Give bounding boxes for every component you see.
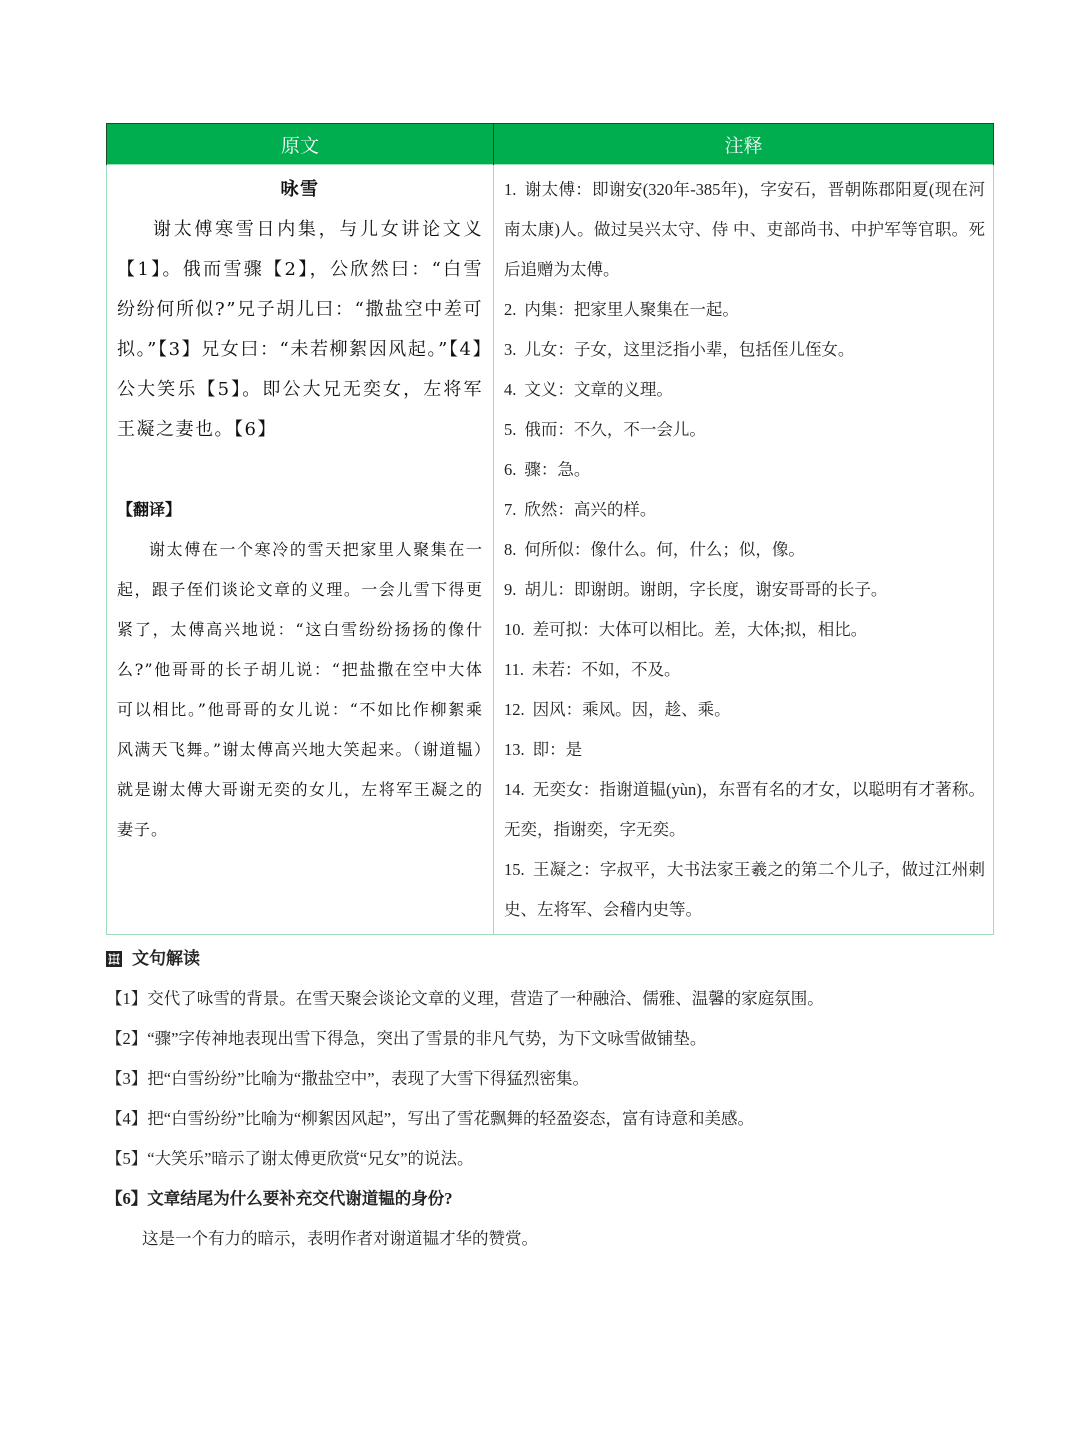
text-notes-table: 原文 注释 咏雪 谢太傅寒雪日内集，与儿女讲论文义【1】。俄而雪骤【2】，公欣然… [106, 123, 994, 935]
note-item: 3.儿女：子女，这里泛指小辈，包括侄儿侄女。 [504, 330, 985, 370]
note-number: 13. [504, 740, 525, 759]
note-item: 9.胡儿：即谢朗。谢朗，字长度，谢安哥哥的长子。 [504, 570, 985, 610]
translation-heading: 【翻译】 [117, 490, 483, 530]
note-text: 即：是 [533, 740, 583, 759]
note-text: 王凝之：字叔平，大书法家王羲之的第二个儿子，做过江州刺史、左将军、会稽内史等。 [504, 860, 985, 919]
note-text: 胡儿：即谢朗。谢朗，字长度，谢安哥哥的长子。 [524, 580, 887, 599]
analysis-heading: 文句解读 [106, 939, 993, 979]
analysis-items: 【1】交代了咏雪的背景。在雪天聚会谈论文章的义理，营造了一种融洽、儒雅、温馨的家… [106, 979, 993, 1179]
note-text: 俄而：不久，不一会儿。 [524, 420, 706, 439]
analysis-answer: 这是一个有力的暗示，表明作者对谢道韫才华的赞赏。 [106, 1219, 993, 1259]
note-text: 骤：急。 [524, 460, 590, 479]
analysis-text: 把“白雪纷纷”比喻为“柳絮因风起”，写出了雪花飘舞的轻盈姿态，富有诗意和美感。 [147, 1109, 754, 1128]
note-text: 欣然：高兴的样。 [524, 500, 656, 519]
translation-text: 谢太傅在一个寒冷的雪天把家里人聚集在一起，跟子侄们谈论文章的义理。一会儿雪下得更… [117, 530, 483, 850]
note-text: 差可拟：大体可以相比。差，大体;拟，相比。 [533, 620, 868, 639]
document-page: 原文 注释 咏雪 谢太傅寒雪日内集，与儿女讲论文义【1】。俄而雪骤【2】，公欣然… [106, 123, 993, 1259]
note-number: 9. [504, 580, 516, 599]
analysis-tag: 【3】 [106, 1069, 147, 1088]
header-notes: 注释 [494, 124, 994, 165]
note-number: 11. [504, 660, 524, 679]
note-text: 无奕女：指谢道韫(yùn)，东晋有名的才女，以聪明有才著称。无奕，指谢奕，字无奕… [504, 780, 985, 839]
analysis-item: 【1】交代了咏雪的背景。在雪天聚会谈论文章的义理，营造了一种融洽、儒雅、温馨的家… [106, 979, 993, 1019]
note-text: 何所似：像什么。何，什么；似，像。 [524, 540, 805, 559]
note-number: 1. [504, 180, 516, 199]
poem-title: 咏雪 [117, 170, 483, 210]
analysis-question: 【6】文章结尾为什么要补充交代谢道韫的身份? [106, 1179, 993, 1219]
note-number: 12. [504, 700, 525, 719]
analysis-item: 【2】“骤”字传神地表现出雪下得急，突出了雪景的非凡气势，为下文咏雪做铺垫。 [106, 1019, 993, 1059]
analysis-item: 【5】“大笑乐”暗示了谢太傅更欣赏“兄女”的说法。 [106, 1139, 993, 1179]
note-item: 11.未若：不如，不及。 [504, 650, 985, 690]
analysis-text: 交代了咏雪的背景。在雪天聚会谈论文章的义理，营造了一种融洽、儒雅、温馨的家庭氛围… [147, 989, 824, 1008]
note-item: 6.骤：急。 [504, 450, 985, 490]
note-text: 未若：不如，不及。 [532, 660, 681, 679]
note-number: 2. [504, 300, 516, 319]
note-item: 7.欣然：高兴的样。 [504, 490, 985, 530]
note-text: 谢太傅：即谢安(320年-385年)，字安石，晋朝陈郡阳夏(现在河南太康)人。做… [504, 180, 985, 279]
note-item: 10.差可拟：大体可以相比。差，大体;拟，相比。 [504, 610, 985, 650]
analysis-tag: 【1】 [106, 989, 147, 1008]
note-number: 10. [504, 620, 525, 639]
header-original: 原文 [107, 124, 494, 165]
original-cell: 咏雪 谢太傅寒雪日内集，与儿女讲论文义【1】。俄而雪骤【2】，公欣然曰：“白雪纷… [107, 165, 494, 935]
note-text: 文义：文章的义理。 [524, 380, 673, 399]
note-item: 8.何所似：像什么。何，什么；似，像。 [504, 530, 985, 570]
note-number: 15. [504, 860, 525, 879]
note-text: 儿女：子女，这里泛指小辈，包括侄儿侄女。 [524, 340, 854, 359]
analysis-item: 【3】把“白雪纷纷”比喻为“撒盐空中”，表现了大雪下得猛烈密集。 [106, 1059, 993, 1099]
analysis-tag: 【2】 [106, 1029, 147, 1048]
analysis-text: 把“白雪纷纷”比喻为“撒盐空中”，表现了大雪下得猛烈密集。 [147, 1069, 589, 1088]
note-number: 5. [504, 420, 516, 439]
note-item: 4.文义：文章的义理。 [504, 370, 985, 410]
note-number: 6. [504, 460, 516, 479]
original-text: 谢太傅寒雪日内集，与儿女讲论文义【1】。俄而雪骤【2】，公欣然曰：“白雪纷纷何所… [117, 210, 483, 450]
question-text: 文章结尾为什么要补充交代谢道韫的身份? [147, 1189, 452, 1208]
note-text: 因风：乘风。因，趁、乘。 [533, 700, 731, 719]
note-item: 13.即：是 [504, 730, 985, 770]
note-number: 7. [504, 500, 516, 519]
note-item: 12.因风：乘风。因，趁、乘。 [504, 690, 985, 730]
note-number: 14. [504, 780, 525, 799]
note-item: 2.内集：把家里人聚集在一起。 [504, 290, 985, 330]
note-item: 1.谢太傅：即谢安(320年-385年)，字安石，晋朝陈郡阳夏(现在河南太康)人… [504, 170, 985, 290]
analysis-text: “大笑乐”暗示了谢太傅更欣赏“兄女”的说法。 [147, 1149, 473, 1168]
note-number: 8. [504, 540, 516, 559]
question-tag: 【6】 [106, 1189, 147, 1208]
analysis-tag: 【4】 [106, 1109, 147, 1128]
notes-cell: 1.谢太傅：即谢安(320年-385年)，字安石，晋朝陈郡阳夏(现在河南太康)人… [494, 165, 994, 935]
analysis-tag: 【5】 [106, 1149, 147, 1168]
note-number: 3. [504, 340, 516, 359]
note-item: 15.王凝之：字叔平，大书法家王羲之的第二个儿子，做过江州刺史、左将军、会稽内史… [504, 850, 985, 930]
analysis-text: “骤”字传神地表现出雪下得急，突出了雪景的非凡气势，为下文咏雪做铺垫。 [147, 1029, 706, 1048]
note-item: 14.无奕女：指谢道韫(yùn)，东晋有名的才女，以聪明有才著称。无奕，指谢奕，… [504, 770, 985, 850]
note-number: 4. [504, 380, 516, 399]
notes-list: 1.谢太傅：即谢安(320年-385年)，字安石，晋朝陈郡阳夏(现在河南太康)人… [494, 165, 993, 934]
note-text: 内集：把家里人聚集在一起。 [524, 300, 739, 319]
analysis-item: 【4】把“白雪纷纷”比喻为“柳絮因风起”，写出了雪花飘舞的轻盈姿态，富有诗意和美… [106, 1099, 993, 1139]
note-item: 5.俄而：不久，不一会儿。 [504, 410, 985, 450]
analysis-section: 文句解读 【1】交代了咏雪的背景。在雪天聚会谈论文章的义理，营造了一种融洽、儒雅… [106, 939, 993, 1259]
ornament-icon [106, 951, 122, 967]
analysis-title: 文句解读 [132, 939, 200, 979]
